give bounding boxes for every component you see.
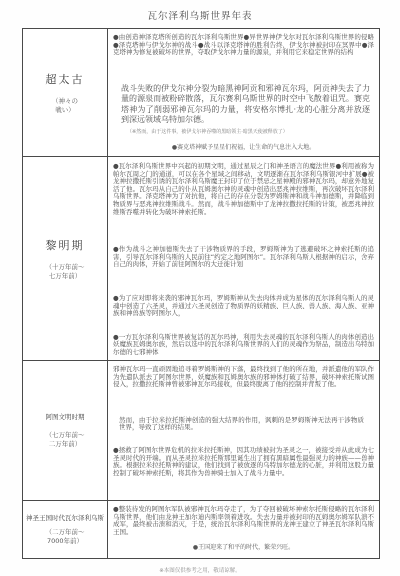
footer-caption: ※本图仅供参考之用，敬请谅解。: [0, 566, 400, 574]
footnote: （※然而，由于这件事，被伊戈尔神吞噬的黑暗领主·暗黑天使被释放了）: [127, 129, 374, 135]
table-row-dawn: 黎明期 （十万年前～ 七万年前） ●瓦尔泽利乌斯世界中兴起的初期文明，通过星辰之…: [23, 157, 379, 361]
era-period: （二万年前～ 7000年前）: [46, 528, 85, 545]
era-period: （神々の 戦い）: [52, 97, 78, 114]
era-content: ●瓦尔泽利乌斯世界中兴起的初期文明，通过星辰之门和神圣语言的魔法世界●利用被称为…: [108, 157, 379, 360]
centered-note: ●赛克塔神赋予星星们祝福，让生命的气息注入大地。: [113, 144, 374, 151]
paragraph: ●为了应对即将来袭的邪神瓦尔玛，罗姆斯神从失去肉体并成为星体的瓦尔泽利乌斯人的灵…: [113, 295, 374, 318]
era-content: 邪神瓦尔玛一直顽固地追寻着罗姆斯神的下落，最终找到了他的所在地，并派遣他的军队作…: [108, 361, 379, 500]
era-period: （七万年前～ 二万年前）: [46, 431, 85, 448]
paragraph: ●瓦尔泽利乌斯世界中兴起的初期文明，通过星辰之门和神圣语言的魔法世界●利用被称为…: [113, 163, 374, 216]
era-cell: 阿图文明时期 （七万年前～ 二万年前）: [23, 361, 108, 500]
era-label: 黎明期: [46, 237, 85, 253]
paragraph: 然而，由于拉米拉托斯神创造的强大结界的作用，讽刺的是罗姆斯神无法再干涉物质世界，…: [119, 417, 364, 432]
paragraph: ●一方瓦尔泽利乌斯世界被复活的瓦尔玛神，利用失去灵魂的瓦尔泽利乌斯人的肉体创造出…: [113, 334, 374, 357]
era-cell: 黎明期 （十万年前～ 七万年前）: [23, 157, 108, 360]
era-content: ●整装待发的阿图尔军队被邪神瓦尔玛夺走了，为了夺回被破坏神索尔托斯侵略的瓦尔泽利…: [108, 501, 379, 558]
table-row-holy-kingdom: 神圣王国时代瓦尔泽利乌斯 （二万年前～ 7000年前） ●整装待发的阿图尔军队被…: [23, 501, 379, 558]
era-period: （十万年前～ 七万年前）: [46, 263, 85, 280]
paragraph: ●拯救了阿图尔世界危机的拉米拉托斯神，因其功绩被封为圣灵之一，被接受并从此成为七…: [113, 447, 374, 477]
era-label: 超太古: [46, 71, 85, 87]
document-page: 瓦尔泽利乌斯世界年表 超太古 （神々の 戦い） ●由创造神泽克塔所创造的瓦尔泽利…: [0, 0, 400, 576]
era-content: ●由创造神泽克塔所创造的瓦尔泽利乌斯世界●异世界神伊戈尔对瓦尔泽利乌斯世界的侵略…: [108, 29, 379, 156]
table-row-primordial: 超太古 （神々の 戦い） ●由创造神泽克塔所创造的瓦尔泽利乌斯世界●异世界神伊戈…: [23, 29, 379, 157]
paragraph: 邪神瓦尔玛一直顽固地追寻着罗姆斯神的下落，最终找到了他的所在地，并派遣他的军队作…: [113, 366, 374, 389]
era-label: 阿图文明时期: [46, 413, 85, 421]
page-title: 瓦尔泽利乌斯世界年表: [0, 8, 400, 22]
paragraph: ●由创造神泽克塔所创造的瓦尔泽利乌斯世界●异世界神伊戈尔对瓦尔泽利乌斯世界的侵略…: [113, 34, 374, 57]
era-cell: 神圣王国时代瓦尔泽利乌斯 （二万年前～ 7000年前）: [23, 501, 108, 558]
paragraph: ●整装待发的阿图尔军队被邪神瓦尔玛夺走了，为了夺回被破坏神索尔托斯侵略的瓦尔泽利…: [113, 506, 374, 536]
era-cell: 超太古 （神々の 戦い）: [23, 29, 108, 156]
paragraph-emphasis: 战斗失败的伊戈尔神分裂为暗黑神阿贡和邪神瓦尔玛，阿贡神失去了力量的源泉而被粉碎散…: [121, 84, 370, 126]
table-row-atul-civilization: 阿图文明时期 （七万年前～ 二万年前） 邪神瓦尔玛一直顽固地追寻着罗姆斯神的下落…: [23, 361, 379, 501]
paragraph: ●作为战斗之神加德斯失去了干涉物质界的手段，罗姆斯神为了逃避破坏之神索托斯的追害…: [113, 246, 374, 269]
chronology-table: 超太古 （神々の 戦い） ●由创造神泽克塔所创造的瓦尔泽利乌斯世界●异世界神伊戈…: [22, 28, 380, 559]
era-label: 神圣王国时代瓦尔泽利乌斯: [26, 514, 104, 522]
centered-note: ●王国迎来了和平的时代，繁荣兴旺。: [113, 544, 374, 551]
